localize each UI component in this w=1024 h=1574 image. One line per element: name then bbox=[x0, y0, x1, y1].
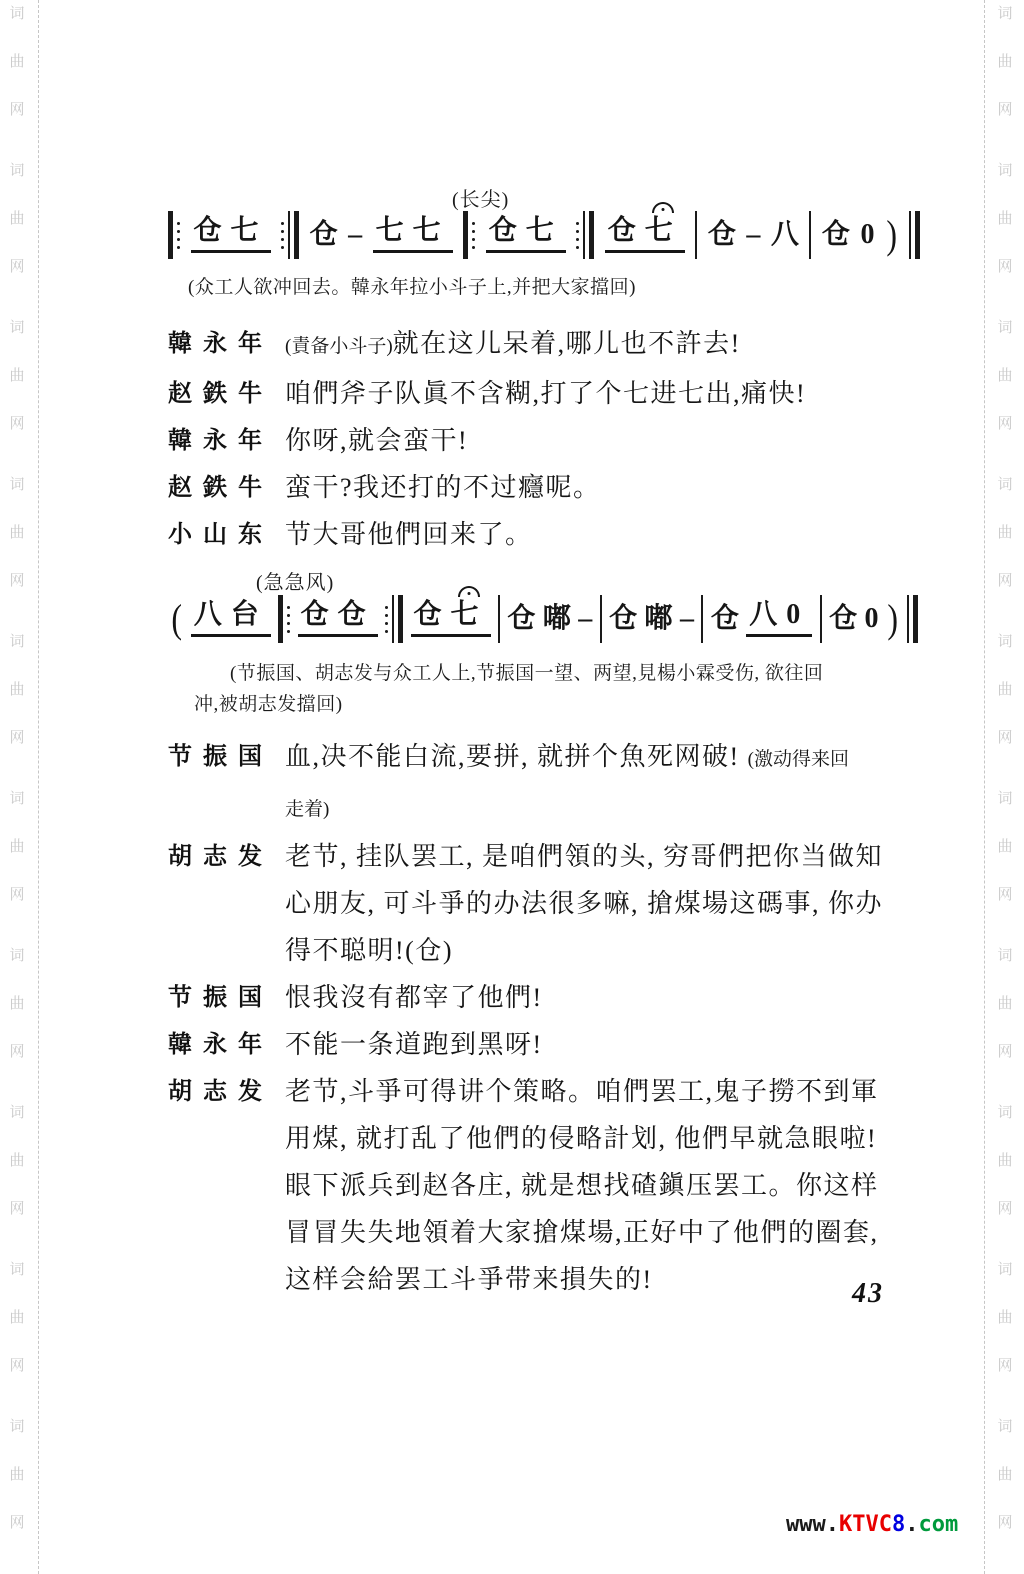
thick-barline bbox=[294, 211, 299, 259]
speaker-name: 胡志发 bbox=[168, 1068, 285, 1115]
watermark-char: 曲 bbox=[9, 1153, 24, 1168]
dot bbox=[177, 230, 180, 233]
watermark-char: 词 bbox=[997, 6, 1012, 21]
dialogue-text: 咱們斧子队眞不含糊,打了个七进七出,痛快! bbox=[285, 370, 948, 417]
note-char: 嘟 bbox=[645, 605, 673, 633]
repeat-dots bbox=[576, 211, 579, 259]
right-edge-watermark: 词曲网词曲网词曲网词曲网词曲网词曲网词曲网词曲网词曲网词曲网 bbox=[990, 0, 1020, 1574]
dialogue-block-1: 韓永年(責备小斗子)就在这儿呆着,哪儿也不許去!赵鉄牛咱們斧子队眞不含糊,打了个… bbox=[168, 320, 948, 558]
speaker-name: 韓永年 bbox=[168, 417, 285, 464]
dot bbox=[472, 230, 475, 233]
watermark-text: com bbox=[918, 1512, 958, 1537]
dialogue-text: 血,决不能白流,要拼, 就拼个魚死网破! (激动得来回走着) bbox=[285, 733, 948, 833]
repeat-close-sign bbox=[576, 211, 594, 259]
dot bbox=[287, 606, 290, 609]
watermark-char: 网 bbox=[9, 416, 24, 431]
dialogue-line: 心朋友, 可斗爭的办法很多嘛, 搶煤場这碼事, 你办 bbox=[285, 880, 948, 927]
watermark-char: 网 bbox=[997, 1358, 1012, 1373]
dialogue-row: 韓永年不能一条道跑到黑呀! bbox=[168, 1021, 948, 1068]
dialogue-line: 你呀,就会蛮干! bbox=[285, 417, 948, 464]
watermark-char: 词 bbox=[9, 791, 24, 806]
dialogue-row: 韓永年(責备小斗子)就在这儿呆着,哪儿也不許去! bbox=[168, 320, 948, 370]
dot bbox=[576, 246, 579, 249]
barline bbox=[498, 595, 500, 643]
stage-direction-line: (众工人欲冲回去。韓永年拉小斗子上,并把大家擋回) bbox=[168, 272, 636, 303]
speaker-name: 节振国 bbox=[168, 974, 285, 1021]
dialogue-segment: 节大哥他們回来了。 bbox=[285, 520, 533, 549]
thick-barline bbox=[589, 211, 594, 259]
dialogue-text: 节大哥他們回来了。 bbox=[285, 511, 948, 558]
dot bbox=[177, 238, 180, 241]
dialogue-row: 小山东节大哥他們回来了。 bbox=[168, 511, 948, 558]
note-char: 仓 bbox=[708, 221, 736, 249]
watermark-char: 网 bbox=[997, 102, 1012, 117]
dialogue-line: 血,决不能白流,要拼, 就拼个魚死网破! (激动得来回 bbox=[285, 733, 948, 783]
watermark-char: 词 bbox=[9, 1419, 24, 1434]
watermark-char: 曲 bbox=[9, 1310, 24, 1325]
dot bbox=[576, 238, 579, 241]
speaker-name: 赵鉄牛 bbox=[168, 370, 285, 417]
dot bbox=[576, 222, 579, 225]
dialogue-text: 不能一条道跑到黑呀! bbox=[285, 1021, 948, 1068]
dialogue-segment: 老节,斗爭可得讲个策略。咱們罢工,鬼子撈不到軍 bbox=[285, 1077, 879, 1106]
watermark-text: 8 bbox=[892, 1512, 905, 1537]
barline bbox=[583, 211, 585, 259]
repeat-open-sign bbox=[168, 211, 180, 259]
note-char: 八 bbox=[771, 221, 799, 249]
dialogue-text: 老节, 挂队罢工, 是咱們領的头, 穷哥們把你当做知心朋友, 可斗爭的办法很多嘛… bbox=[285, 833, 948, 974]
note-char: 仓 bbox=[822, 221, 850, 249]
watermark-char: 曲 bbox=[9, 368, 24, 383]
dialogue-line: 不能一条道跑到黑呀! bbox=[285, 1021, 948, 1068]
watermark-char: 词 bbox=[997, 477, 1012, 492]
watermark-char: 词 bbox=[9, 634, 24, 649]
thick-barline bbox=[278, 595, 283, 643]
dot bbox=[385, 622, 388, 625]
watermark-char: 曲 bbox=[9, 1467, 24, 1482]
watermark-char: 曲 bbox=[9, 839, 24, 854]
dialogue-line: 眼下派兵到赵各庄, 就是想找碴鎭压罢工。你这样 bbox=[285, 1162, 948, 1209]
note-char: 仓 bbox=[489, 217, 526, 245]
watermark-char: 网 bbox=[997, 1201, 1012, 1216]
dot bbox=[472, 246, 475, 249]
dot bbox=[281, 230, 284, 233]
dialogue-text: 你呀,就会蛮干! bbox=[285, 417, 948, 464]
dialogue-segment: 咱們斧子队眞不含糊,打了个七进七出,痛快! bbox=[285, 379, 806, 408]
speaker-name: 节振国 bbox=[168, 733, 285, 780]
dialogue-block-2: 节振国血,决不能白流,要拼, 就拼个魚死网破! (激动得来回走着)胡志发老节, … bbox=[168, 733, 948, 1303]
watermark-char: 网 bbox=[997, 887, 1012, 902]
dialogue-text: 老节,斗爭可得讲个策略。咱們罢工,鬼子撈不到軍用煤, 就打乱了他們的侵略計划, … bbox=[285, 1068, 948, 1303]
note-char: 仓 bbox=[194, 217, 231, 245]
barline bbox=[288, 211, 290, 259]
watermark-char: 词 bbox=[997, 634, 1012, 649]
note-char: 七 bbox=[413, 217, 450, 245]
dialogue-line: 冒冒失失地領着大家搶煤場,正好中了他們的圈套, bbox=[285, 1209, 948, 1256]
watermark-char: 网 bbox=[9, 1201, 24, 1216]
note-char: 八 bbox=[194, 601, 231, 629]
watermark-char: 曲 bbox=[997, 996, 1012, 1011]
thick-barline bbox=[913, 595, 918, 643]
watermark-char: 曲 bbox=[997, 1310, 1012, 1325]
left-edge-watermark: 词曲网词曲网词曲网词曲网词曲网词曲网词曲网词曲网词曲网词曲网 bbox=[2, 0, 32, 1574]
dialogue-text: 蛮干?我还打的不过癮呢。 bbox=[285, 464, 948, 511]
percussion-notation-2: (八台仓仓仓七仓嘟–仓嘟–仓八0仓0) bbox=[170, 590, 918, 648]
repeat-dots bbox=[177, 211, 180, 259]
watermark-char: 网 bbox=[9, 1044, 24, 1059]
dialogue-line: 这样会給罢工斗爭带来損失的! bbox=[285, 1256, 948, 1303]
dot bbox=[385, 606, 388, 609]
note-char: 0 bbox=[860, 221, 874, 249]
dialogue-text: (責备小斗子)就在这儿呆着,哪儿也不許去! bbox=[285, 320, 948, 370]
note-char: 仓 bbox=[507, 605, 535, 633]
note-char: – bbox=[680, 605, 694, 633]
watermark-char: 网 bbox=[997, 416, 1012, 431]
note-with-fermata: 七 bbox=[645, 217, 682, 245]
speaker-name: 赵鉄牛 bbox=[168, 464, 285, 511]
final-barline bbox=[907, 595, 918, 643]
barline bbox=[809, 211, 811, 259]
note-char: – bbox=[348, 221, 362, 249]
barline bbox=[820, 595, 822, 643]
dialogue-segment: 血,决不能白流,要拼, 就拼个魚死网破! bbox=[285, 742, 748, 771]
dialogue-segment: 眼下派兵到赵各庄, 就是想找碴鎭压罢工。你这样 bbox=[285, 1171, 879, 1200]
watermark-char: 曲 bbox=[997, 368, 1012, 383]
barline bbox=[695, 211, 697, 259]
barline bbox=[701, 595, 703, 643]
thick-barline bbox=[398, 595, 403, 643]
beamed-notes: 仓七 bbox=[411, 601, 491, 637]
thick-barline bbox=[168, 211, 173, 259]
watermark-text: www. bbox=[786, 1512, 839, 1537]
beamed-notes: 仓七 bbox=[486, 217, 566, 253]
dot bbox=[281, 238, 284, 241]
watermark-char: 词 bbox=[9, 477, 24, 492]
repeat-close-sign bbox=[385, 595, 403, 643]
barline bbox=[909, 211, 911, 259]
beamed-notes: 仓七 bbox=[605, 217, 685, 253]
watermark-char: 网 bbox=[9, 1358, 24, 1373]
watermark-char: 网 bbox=[9, 1515, 24, 1530]
watermark-char: 曲 bbox=[9, 54, 24, 69]
note-char: 仓 bbox=[414, 601, 451, 629]
dialogue-line: (責备小斗子)就在这儿呆着,哪儿也不許去! bbox=[285, 320, 948, 370]
dialogue-line: 走着) bbox=[285, 783, 948, 833]
dialogue-line: 用煤, 就打乱了他們的侵略計划, 他們早就急眼啦! bbox=[285, 1115, 948, 1162]
stage-note-inline: (激动得来回 bbox=[748, 749, 849, 770]
note-char: 仓 bbox=[608, 217, 645, 245]
dialogue-segment: 得不聪明!(仓) bbox=[285, 936, 453, 965]
dialogue-segment: 不能一条道跑到黑呀! bbox=[285, 1030, 543, 1059]
watermark-char: 词 bbox=[997, 1105, 1012, 1120]
site-watermark: www.KTVC8.com bbox=[786, 1512, 958, 1537]
dialogue-line: 恨我沒有都宰了他們! bbox=[285, 974, 948, 1021]
note-char: – bbox=[746, 221, 760, 249]
watermark-char: 网 bbox=[997, 1044, 1012, 1059]
note-char: 仓 bbox=[310, 221, 338, 249]
notation-paren: ) bbox=[887, 599, 898, 639]
note-char: 七 bbox=[526, 217, 563, 245]
dot bbox=[385, 614, 388, 617]
note-char: 0 bbox=[786, 601, 809, 629]
stage-direction-2: (节振国、胡志发与众工人上,节振国一望、两望,見楊小霖受伤, 欲往回冲,被胡志发… bbox=[168, 658, 823, 720]
speaker-name: 小山东 bbox=[168, 511, 285, 558]
beamed-notes: 仓七 bbox=[191, 217, 271, 253]
repeat-dots bbox=[281, 211, 284, 259]
note-char: 仓 bbox=[711, 605, 739, 633]
note-char: 七 bbox=[231, 217, 268, 245]
watermark-char: 词 bbox=[997, 320, 1012, 335]
watermark-char: 词 bbox=[9, 948, 24, 963]
repeat-dots bbox=[287, 595, 290, 643]
watermark-char: 词 bbox=[997, 791, 1012, 806]
watermark-char: 词 bbox=[9, 1262, 24, 1277]
watermark-char: 词 bbox=[997, 163, 1012, 178]
watermark-char: 曲 bbox=[9, 682, 24, 697]
note-char: 嘟 bbox=[543, 605, 571, 633]
stage-direction-line: (节振国、胡志发与众工人上,节振国一望、两望,見楊小霖受伤, 欲往回 bbox=[168, 658, 823, 689]
beamed-notes: 八台 bbox=[191, 601, 271, 637]
stage-direction-line: 冲,被胡志发擋回) bbox=[168, 689, 823, 720]
note-char: 0 bbox=[865, 605, 879, 633]
watermark-char: 词 bbox=[997, 1419, 1012, 1434]
repeat-dots bbox=[385, 595, 388, 643]
dot bbox=[281, 222, 284, 225]
watermark-char: 词 bbox=[9, 1105, 24, 1120]
dot bbox=[287, 614, 290, 617]
speaker-name: 韓永年 bbox=[168, 320, 285, 367]
notation-paren: ) bbox=[886, 215, 897, 255]
watermark-char: 网 bbox=[997, 259, 1012, 274]
watermark-char: 曲 bbox=[997, 839, 1012, 854]
beamed-notes: 仓仓 bbox=[298, 601, 378, 637]
stage-direction-1: (众工人欲冲回去。韓永年拉小斗子上,并把大家擋回) bbox=[168, 272, 636, 303]
dialogue-row: 节振国恨我沒有都宰了他們! bbox=[168, 974, 948, 1021]
barline bbox=[907, 595, 909, 643]
dot bbox=[472, 222, 475, 225]
watermark-char: 网 bbox=[9, 102, 24, 117]
note-char: 仓 bbox=[829, 605, 857, 633]
dialogue-row: 胡志发老节,斗爭可得讲个策略。咱們罢工,鬼子撈不到軍用煤, 就打乱了他們的侵略計… bbox=[168, 1068, 948, 1303]
watermark-char: 曲 bbox=[997, 1153, 1012, 1168]
dialogue-segment: 恨我沒有都宰了他們! bbox=[285, 983, 543, 1012]
watermark-char: 曲 bbox=[997, 1467, 1012, 1482]
watermark-char: 曲 bbox=[997, 54, 1012, 69]
beamed-notes: 八0 bbox=[746, 601, 812, 637]
dialogue-text: 恨我沒有都宰了他們! bbox=[285, 974, 948, 1021]
note-char: 仓 bbox=[301, 601, 338, 629]
watermark-char: 曲 bbox=[997, 211, 1012, 226]
note-with-fermata: 七 bbox=[451, 601, 488, 629]
watermark-char: 词 bbox=[997, 1262, 1012, 1277]
final-barline bbox=[909, 211, 920, 259]
repeat-close-sign bbox=[281, 211, 299, 259]
page-number: 43 bbox=[852, 1278, 884, 1310]
dialogue-row: 胡志发老节, 挂队罢工, 是咱們領的头, 穷哥們把你当做知心朋友, 可斗爭的办法… bbox=[168, 833, 948, 974]
watermark-char: 网 bbox=[9, 887, 24, 902]
dot bbox=[576, 230, 579, 233]
repeat-dots bbox=[472, 211, 475, 259]
dialogue-line: 老节, 挂队罢工, 是咱們領的头, 穷哥們把你当做知 bbox=[285, 833, 948, 880]
repeat-open-sign bbox=[463, 211, 475, 259]
watermark-char: 网 bbox=[9, 730, 24, 745]
watermark-char: 网 bbox=[997, 573, 1012, 588]
dot bbox=[177, 246, 180, 249]
watermark-char: 词 bbox=[9, 6, 24, 21]
script-page: { "meta": { "page_number": "43" }, "edge… bbox=[0, 0, 1024, 1574]
watermark-char: 词 bbox=[997, 948, 1012, 963]
notation-paren: ( bbox=[171, 599, 182, 639]
dot bbox=[472, 238, 475, 241]
beamed-notes: 七七 bbox=[373, 217, 453, 253]
thick-barline bbox=[463, 211, 468, 259]
watermark-char: 曲 bbox=[9, 525, 24, 540]
watermark-text: KTVC bbox=[839, 1512, 892, 1537]
dialogue-row: 赵鉄牛蛮干?我还打的不过癮呢。 bbox=[168, 464, 948, 511]
watermark-text: . bbox=[905, 1512, 918, 1537]
dialogue-line: 节大哥他們回来了。 bbox=[285, 511, 948, 558]
dialogue-segment: 心朋友, 可斗爭的办法很多嘛, 搶煤場这碼事, 你办 bbox=[285, 889, 883, 918]
watermark-char: 曲 bbox=[9, 211, 24, 226]
thick-barline bbox=[915, 211, 920, 259]
note-char: – bbox=[578, 605, 592, 633]
note-char: 台 bbox=[231, 601, 268, 629]
note-char: 七 bbox=[376, 217, 413, 245]
dialogue-row: 韓永年你呀,就会蛮干! bbox=[168, 417, 948, 464]
dialogue-line: 得不聪明!(仓) bbox=[285, 927, 948, 974]
barline bbox=[600, 595, 602, 643]
watermark-char: 曲 bbox=[997, 682, 1012, 697]
barline bbox=[392, 595, 394, 643]
note-char: 八 bbox=[749, 601, 786, 629]
watermark-char: 网 bbox=[9, 259, 24, 274]
dialogue-segment: 用煤, 就打乱了他們的侵略計划, 他們早就急眼啦! bbox=[285, 1124, 877, 1153]
dialogue-line: 蛮干?我还打的不过癮呢。 bbox=[285, 464, 948, 511]
watermark-char: 网 bbox=[9, 573, 24, 588]
left-dashed-line bbox=[38, 0, 39, 1574]
dialogue-line: 咱們斧子队眞不含糊,打了个七进七出,痛快! bbox=[285, 370, 948, 417]
stage-note-inline: 走着) bbox=[285, 799, 329, 820]
dialogue-row: 赵鉄牛咱們斧子队眞不含糊,打了个七进七出,痛快! bbox=[168, 370, 948, 417]
watermark-char: 曲 bbox=[9, 996, 24, 1011]
percussion-notation-1: 仓七仓–七七仓七仓七仓–八仓0) bbox=[168, 206, 920, 264]
dialogue-segment: 蛮干?我还打的不过癮呢。 bbox=[285, 473, 601, 502]
dialogue-segment: 冒冒失失地領着大家搶煤場,正好中了他們的圈套, bbox=[285, 1218, 879, 1247]
dialogue-line: 老节,斗爭可得讲个策略。咱們罢工,鬼子撈不到軍 bbox=[285, 1068, 948, 1115]
watermark-char: 网 bbox=[997, 1515, 1012, 1530]
dialogue-segment: 老节, 挂队罢工, 是咱們領的头, 穷哥們把你当做知 bbox=[285, 842, 883, 871]
dialogue-segment: 你呀,就会蛮干! bbox=[285, 426, 468, 455]
watermark-char: 网 bbox=[997, 730, 1012, 745]
dot bbox=[385, 630, 388, 633]
watermark-char: 词 bbox=[9, 320, 24, 335]
dot bbox=[281, 246, 284, 249]
dot bbox=[177, 222, 180, 225]
dialogue-segment: 这样会給罢工斗爭带来損失的! bbox=[285, 1265, 653, 1294]
dot bbox=[287, 622, 290, 625]
speaker-name: 韓永年 bbox=[168, 1021, 285, 1068]
watermark-char: 曲 bbox=[997, 525, 1012, 540]
note-char: 仓 bbox=[609, 605, 637, 633]
dialogue-row: 节振国血,决不能白流,要拼, 就拼个魚死网破! (激动得来回走着) bbox=[168, 733, 948, 833]
note-char: 仓 bbox=[338, 601, 375, 629]
dot bbox=[287, 630, 290, 633]
stage-note-inline: (責备小斗子) bbox=[285, 336, 393, 357]
speaker-name: 胡志发 bbox=[168, 833, 285, 880]
watermark-char: 词 bbox=[9, 163, 24, 178]
dialogue-segment: 就在这儿呆着,哪儿也不許去! bbox=[393, 329, 741, 358]
repeat-open-sign bbox=[278, 595, 290, 643]
right-dashed-line bbox=[984, 0, 985, 1574]
